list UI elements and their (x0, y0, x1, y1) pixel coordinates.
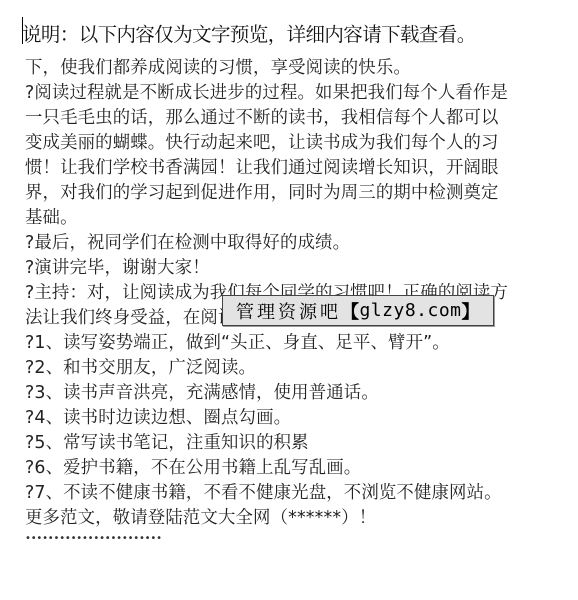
paragraph-line: ?阅读过程就是不断成长进步的过程。如果把我们每个人看作是 (25, 81, 565, 106)
paragraph-line: 惯！让我们学校书香满园！让我们通过阅读增长知识，开阔眼 (25, 156, 565, 181)
list-item: ?7、不读不健康书籍，不看不健康光盘，不浏览不健康网站。 (25, 481, 565, 506)
paragraph-line: 一只毛毛虫的话，那么通过不断的读书，我相信每个人都可以 (25, 106, 565, 131)
watermark-open-bracket: 【 (341, 298, 360, 324)
watermark-site-name: 管理资源吧 (236, 298, 341, 324)
watermark-banner: 管理资源吧 【 glzy8.com 】 (222, 295, 494, 326)
paragraph-line: ?最后，祝同学们在检测中取得好的成绩。 (25, 231, 565, 256)
watermark-close-bracket: 】 (462, 298, 481, 324)
list-item: ?4、读书时边读边想、圈点勾画。 (25, 406, 565, 431)
paragraph-line: 变成美丽的蝴蝶。快行动起来吧，让读书成为我们每个人的习 (25, 131, 565, 156)
preview-notice: 说明：以下内容仅为文字预览，详细内容请下载查看。 (22, 16, 476, 50)
list-item: ?3、读书声音洪亮，充满感情，使用普通话。 (25, 381, 565, 406)
paragraph-line: 界，对我们的学习起到促进作用，同时为周三的期中检测奠定 (25, 181, 565, 206)
list-item: ?1、读写姿势端正，做到“头正、身直、足平、臂开”。 (25, 331, 565, 356)
list-item: ?5、常写读书笔记，注重知识的积累 (25, 431, 565, 456)
list-item: ?2、和书交朋友，广泛阅读。 (25, 356, 565, 381)
list-item: ?6、爱护书籍，不在公用书籍上乱写乱画。 (25, 456, 565, 481)
more-link-text: 更多范文，敬请登陆范文大全网（******）！ (25, 506, 565, 531)
paragraph-line: 下，使我们都养成阅读的习惯，享受阅读的快乐。 (25, 56, 565, 81)
paragraph-line: ?演讲完毕，谢谢大家！ (25, 256, 565, 281)
paragraph-line: 基础。 (25, 206, 565, 231)
watermark-domain: glzy8.com (359, 300, 461, 321)
dotted-separator: •••••••••••••••••••••••• (25, 531, 565, 556)
